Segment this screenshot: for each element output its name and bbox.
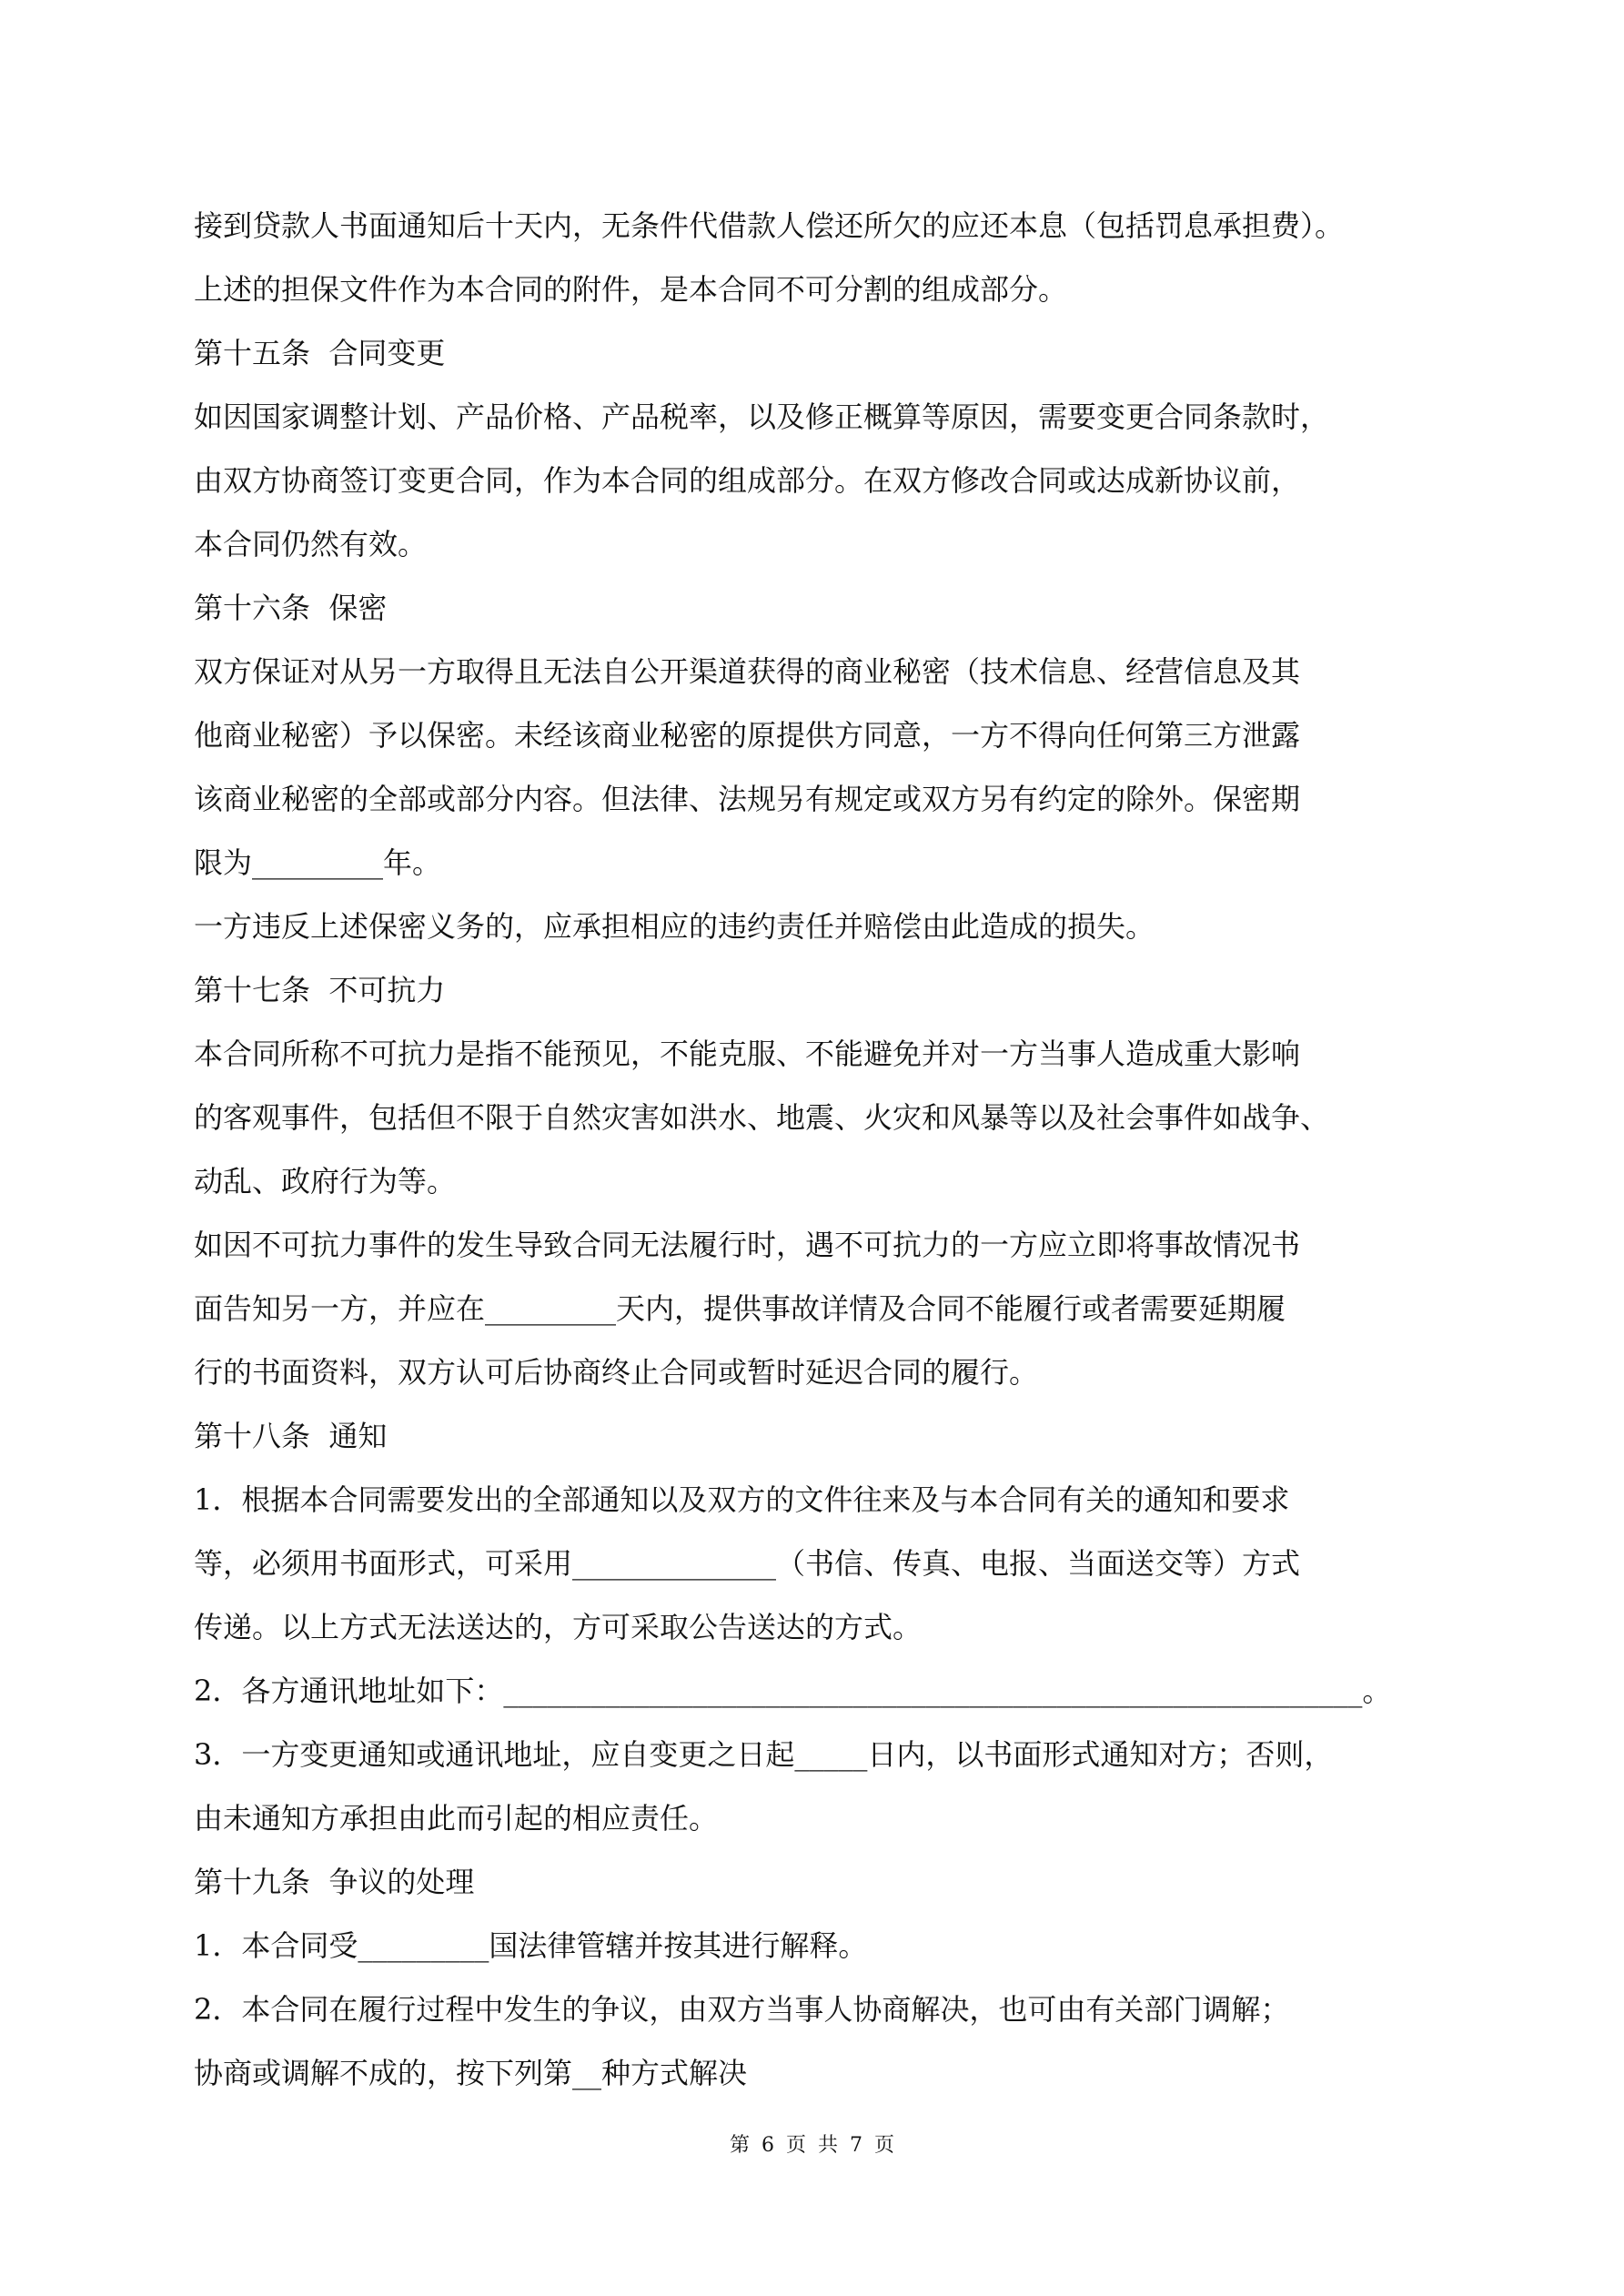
paragraph-line: 本合同仍然有效。 [194, 512, 1468, 576]
paragraph-line: 一方违反上述保密义务的，应承担相应的违约责任并赔偿由此造成的损失。 [194, 895, 1468, 958]
paragraph-line: 行的书面资料，双方认可后协商终止合同或暂时延迟合同的履行。 [194, 1340, 1468, 1404]
article-18-heading: 第十八条 通知 [194, 1404, 1468, 1468]
document-page: 接到贷款人书面通知后十天内，无条件代借款人偿还所欠的应还本息（包括罚息承担费）。… [0, 0, 1624, 2296]
paragraph-line: 由双方协商签订变更合同，作为本合同的组成部分。在双方修改合同或达成新协议前， [194, 449, 1468, 512]
contract-body: 接到贷款人书面通知后十天内，无条件代借款人偿还所欠的应还本息（包括罚息承担费）。… [194, 194, 1468, 2105]
article-15-heading: 第十五条 合同变更 [194, 321, 1468, 385]
notice-method-blank-line: 等，必须用书面形式，可采用______________（书信、传真、电报、当面送… [194, 1532, 1468, 1595]
paragraph-line: 上述的担保文件作为本合同的附件，是本合同不可分割的组成部分。 [194, 258, 1468, 321]
paragraph-line: 他商业秘密）予以保密。未经该商业秘密的原提供方同意，一方不得向任何第三方泄露 [194, 703, 1468, 767]
paragraph-line: 由未通知方承担由此而引起的相应责任。 [194, 1786, 1468, 1850]
paragraph-line: 如因国家调整计划、产品价格、产品税率，以及修正概算等原因，需要变更合同条款时， [194, 385, 1468, 449]
paragraph-line: 传递。以上方式无法送达的，方可采取公告送达的方式。 [194, 1595, 1468, 1659]
paragraph-line: 如因不可抗力事件的发生导致合同无法履行时，遇不可抗力的一方应立即将事故情况书 [194, 1213, 1468, 1277]
article-16-heading: 第十六条 保密 [194, 576, 1468, 640]
paragraph-line: 1．根据本合同需要发出的全部通知以及双方的文件往来及与本合同有关的通知和要求 [194, 1468, 1468, 1532]
article-17-heading: 第十七条 不可抗力 [194, 958, 1468, 1022]
force-majeure-days-blank-line: 面告知另一方，并应在_________天内，提供事故详情及合同不能履行或者需要延… [194, 1277, 1468, 1340]
article-19-heading: 第十九条 争议的处理 [194, 1850, 1468, 1914]
paragraph-line: 双方保证对从另一方取得且无法自公开渠道获得的商业秘密（技术信息、经营信息及其 [194, 640, 1468, 703]
dispute-method-blank-line: 协商或调解不成的，按下列第__种方式解决 [194, 2041, 1468, 2105]
governing-law-blank-line: 1．本合同受_________国法律管辖并按其进行解释。 [194, 1914, 1468, 1977]
paragraph-line: 接到贷款人书面通知后十天内，无条件代借款人偿还所欠的应还本息（包括罚息承担费）。 [194, 194, 1468, 258]
paragraph-line: 动乱、政府行为等。 [194, 1149, 1468, 1213]
page-number-footer: 第 6 页 共 7 页 [0, 2129, 1624, 2158]
address-blank-line: 2．各方通讯地址如下：_____________________________… [194, 1659, 1468, 1723]
paragraph-line: 的客观事件，包括但不限于自然灾害如洪水、地震、火灾和风暴等以及社会事件如战争、 [194, 1086, 1468, 1149]
paragraph-line: 2．本合同在履行过程中发生的争议，由双方当事人协商解决，也可由有关部门调解； [194, 1977, 1468, 2041]
change-notice-days-blank-line: 3．一方变更通知或通讯地址，应自变更之日起_____日内，以书面形式通知对方；否… [194, 1723, 1468, 1786]
paragraph-line: 本合同所称不可抗力是指不能预见，不能克服、不能避免并对一方当事人造成重大影响 [194, 1022, 1468, 1086]
paragraph-line: 该商业秘密的全部或部分内容。但法律、法规另有规定或双方另有约定的除外。保密期 [194, 767, 1468, 831]
confidentiality-term-blank-line: 限为_________年。 [194, 831, 1468, 895]
